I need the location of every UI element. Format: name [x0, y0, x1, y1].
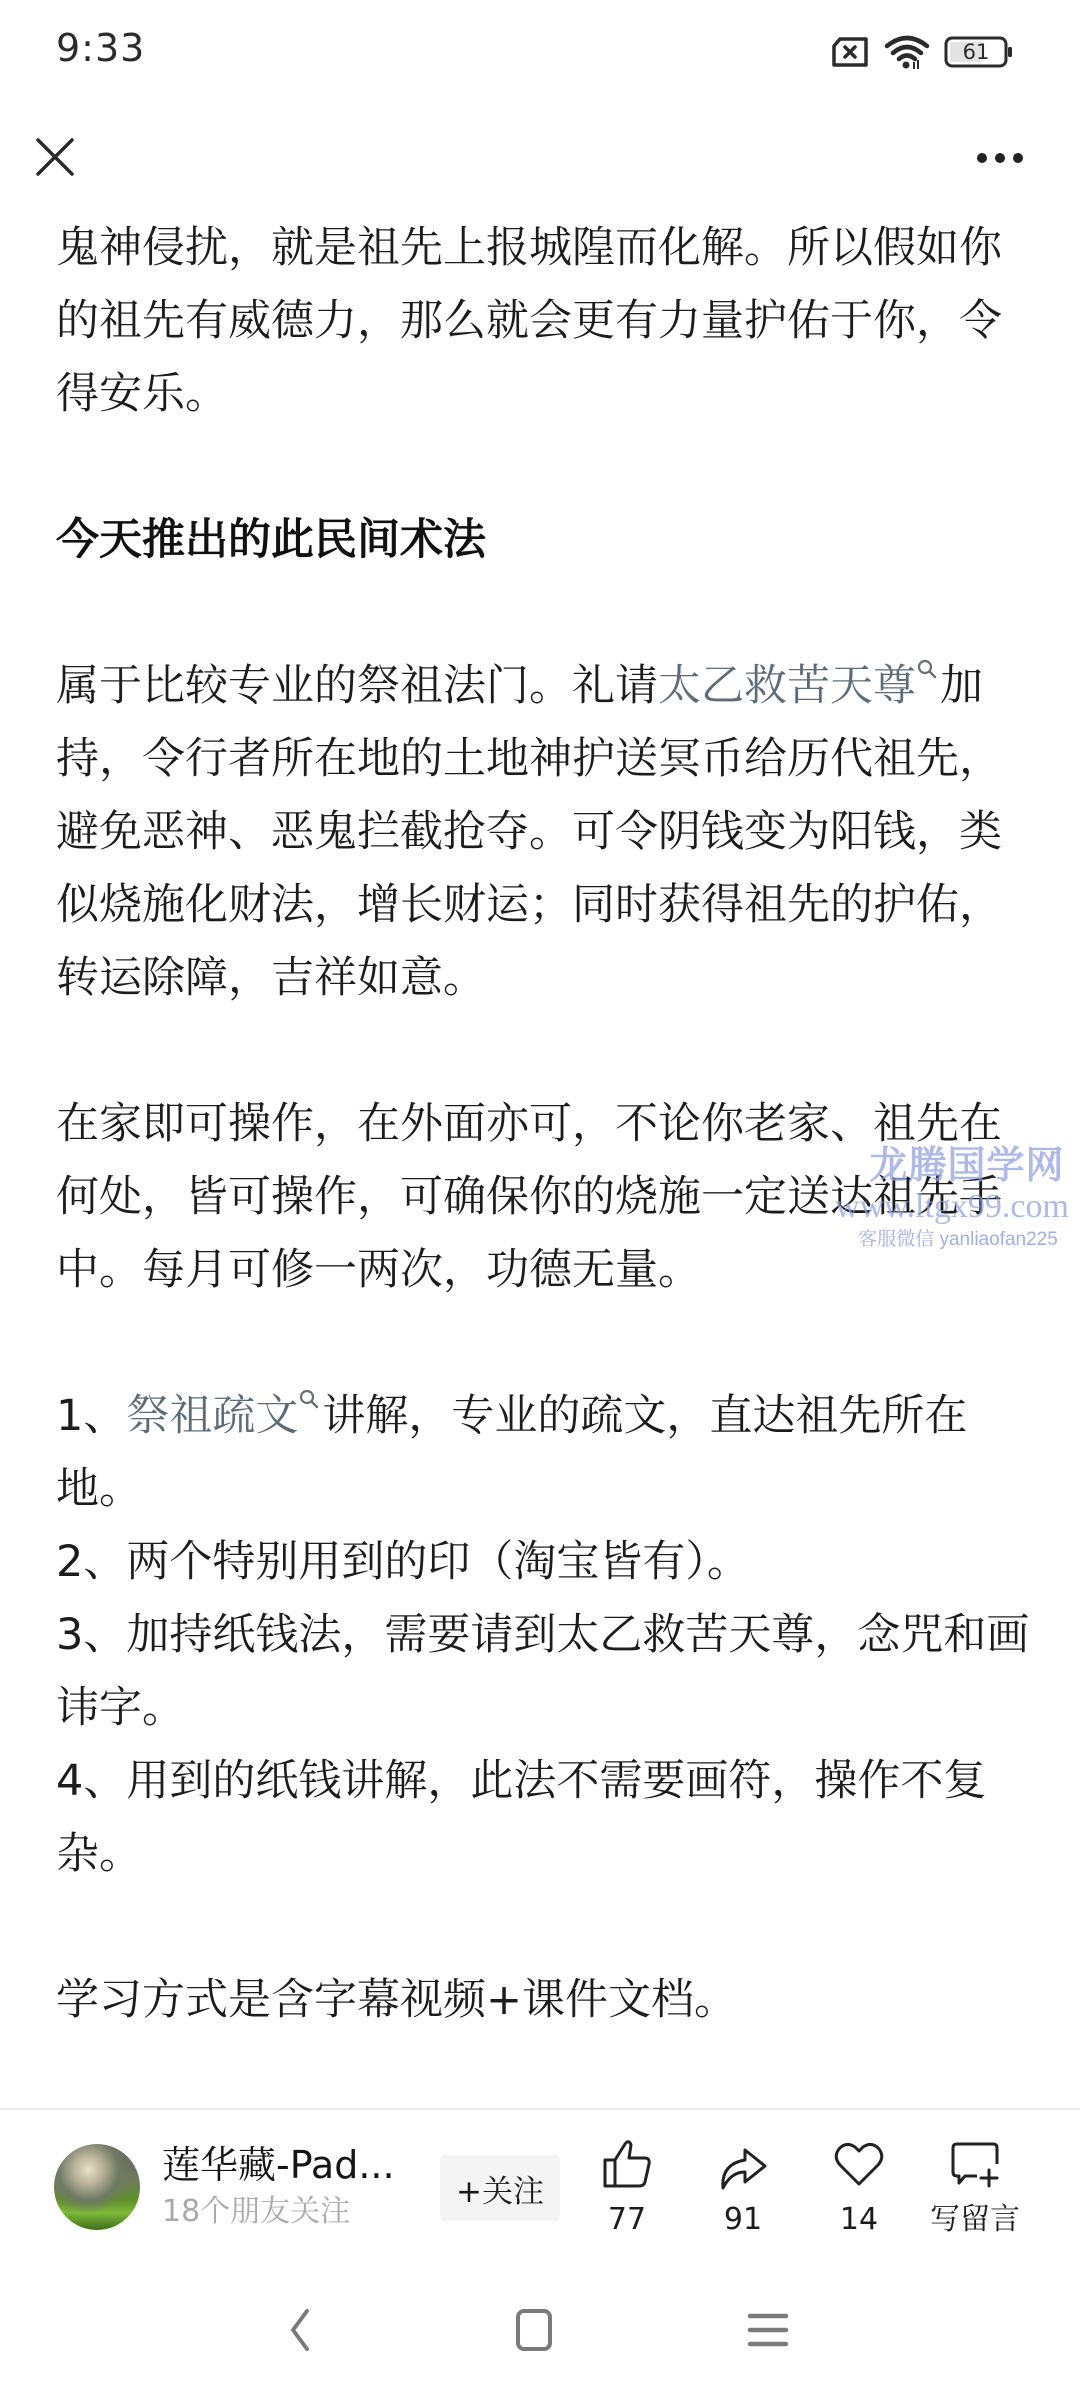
- nav-back-button[interactable]: [260, 2290, 340, 2370]
- nav-home-button[interactable]: [494, 2290, 574, 2370]
- system-nav-bar: [0, 2260, 1080, 2400]
- list-text: 用到的纸钱讲解，此法不需要画符，操作不复杂。: [56, 1756, 986, 1879]
- more-dot: [995, 153, 1005, 163]
- more-dot: [1013, 153, 1023, 163]
- follow-button[interactable]: +关注: [440, 2155, 560, 2221]
- spacer: [56, 1891, 1036, 1964]
- sim-no-signal-icon: [830, 36, 870, 68]
- spacer: [56, 577, 1036, 650]
- list-prefix: 1、: [56, 1391, 126, 1441]
- list-item-2: 2、两个特别用到的印（淘宝皆有）。: [56, 1526, 1036, 1599]
- spacer: [56, 431, 1036, 504]
- paragraph-2-text: 属于比较专业的祭祖法门。礼请: [56, 661, 658, 711]
- battery-icon: 61: [944, 36, 1014, 68]
- list-item-4: 4、用到的纸钱讲解，此法不需要画符，操作不复杂。: [56, 1745, 1036, 1891]
- favorite-button[interactable]: 14: [804, 2136, 914, 2238]
- link-jizu-shuwen[interactable]: 祭祖疏文: [126, 1391, 298, 1441]
- list-item-3: 3、加持纸钱法，需要请到太乙救苦天尊，念咒和画讳字。: [56, 1599, 1036, 1745]
- list-prefix: 4、: [56, 1756, 126, 1806]
- paragraph-4: 学习方式是含字幕视频+课件文档。: [56, 1964, 1036, 2037]
- search-icon[interactable]: [298, 1388, 320, 1410]
- author-name[interactable]: 莲华藏-Pad...: [162, 2142, 395, 2188]
- status-bar: 9:33 61: [0, 0, 1080, 100]
- spacer: [56, 1015, 1036, 1088]
- wifi-icon: [884, 34, 930, 70]
- home-icon: [514, 2307, 554, 2353]
- status-time: 9:33: [56, 26, 145, 70]
- more-dots-icon: [977, 153, 987, 163]
- close-icon: [35, 137, 75, 177]
- article-body: 鬼神侵扰，就是祖先上报城隍而化解。所以假如你的祖先有威德力，那么就会更有力量护佑…: [56, 212, 1036, 2037]
- more-options-button[interactable]: [970, 138, 1030, 178]
- like-count: 77: [608, 2202, 646, 2238]
- comment-add-icon: [947, 2136, 1003, 2192]
- avatar[interactable]: [54, 2144, 140, 2230]
- write-comment-label: 写留言: [930, 2202, 1020, 2238]
- like-button[interactable]: 77: [572, 2136, 682, 2238]
- link-taiyi-tianzun[interactable]: 太乙救苦天尊: [658, 661, 916, 711]
- share-count: 91: [724, 2202, 762, 2238]
- paragraph-2: 属于比较专业的祭祖法门。礼请太乙救苦天尊加持，令行者所在地的土地神护送冥币给历代…: [56, 650, 1036, 1015]
- list-text: 加持纸钱法，需要请到太乙救苦天尊，念咒和画讳字。: [56, 1610, 1029, 1733]
- write-comment-button[interactable]: 写留言: [920, 2136, 1030, 2238]
- paragraph-2-text-cont: 加持，令行者所在地的土地神护送冥币给历代祖先，避免恶神、恶鬼拦截抢夺。可令阴钱变…: [56, 661, 1002, 1003]
- share-arrow-icon: [715, 2136, 771, 2192]
- paragraph-1: 鬼神侵扰，就是祖先上报城隍而化解。所以假如你的祖先有威德力，那么就会更有力量护佑…: [56, 212, 1036, 431]
- search-icon[interactable]: [916, 658, 938, 680]
- battery-level: 61: [944, 36, 1008, 68]
- list-text: 两个特别用到的印（淘宝皆有）。: [126, 1537, 750, 1587]
- friends-following-count: 18个朋友关注: [162, 2194, 350, 2230]
- section-heading: 今天推出的此民间术法: [56, 504, 1036, 577]
- back-icon: [285, 2307, 315, 2353]
- action-bar: 莲华藏-Pad... 18个朋友关注 +关注 77 91 14 写留言: [0, 2110, 1080, 2260]
- spacer: [56, 1307, 1036, 1380]
- nav-recents-button[interactable]: [728, 2290, 808, 2370]
- favorite-count: 14: [840, 2202, 878, 2238]
- status-icons: 61: [830, 32, 1014, 72]
- thumbs-up-icon: [599, 2136, 655, 2192]
- list-item-1: 1、祭祖疏文讲解，专业的疏文，直达祖先所在地。: [56, 1380, 1036, 1526]
- article-header: [0, 110, 1080, 210]
- heart-icon: [831, 2136, 887, 2192]
- list-prefix: 3、: [56, 1610, 126, 1660]
- paragraph-3: 在家即可操作，在外面亦可，不论你老家、祖先在何处，皆可操作，可确保你的烧施一定送…: [56, 1088, 1036, 1307]
- list-prefix: 2、: [56, 1537, 126, 1587]
- recents-icon: [746, 2308, 790, 2352]
- close-button[interactable]: [30, 132, 80, 182]
- share-button[interactable]: 91: [688, 2136, 798, 2238]
